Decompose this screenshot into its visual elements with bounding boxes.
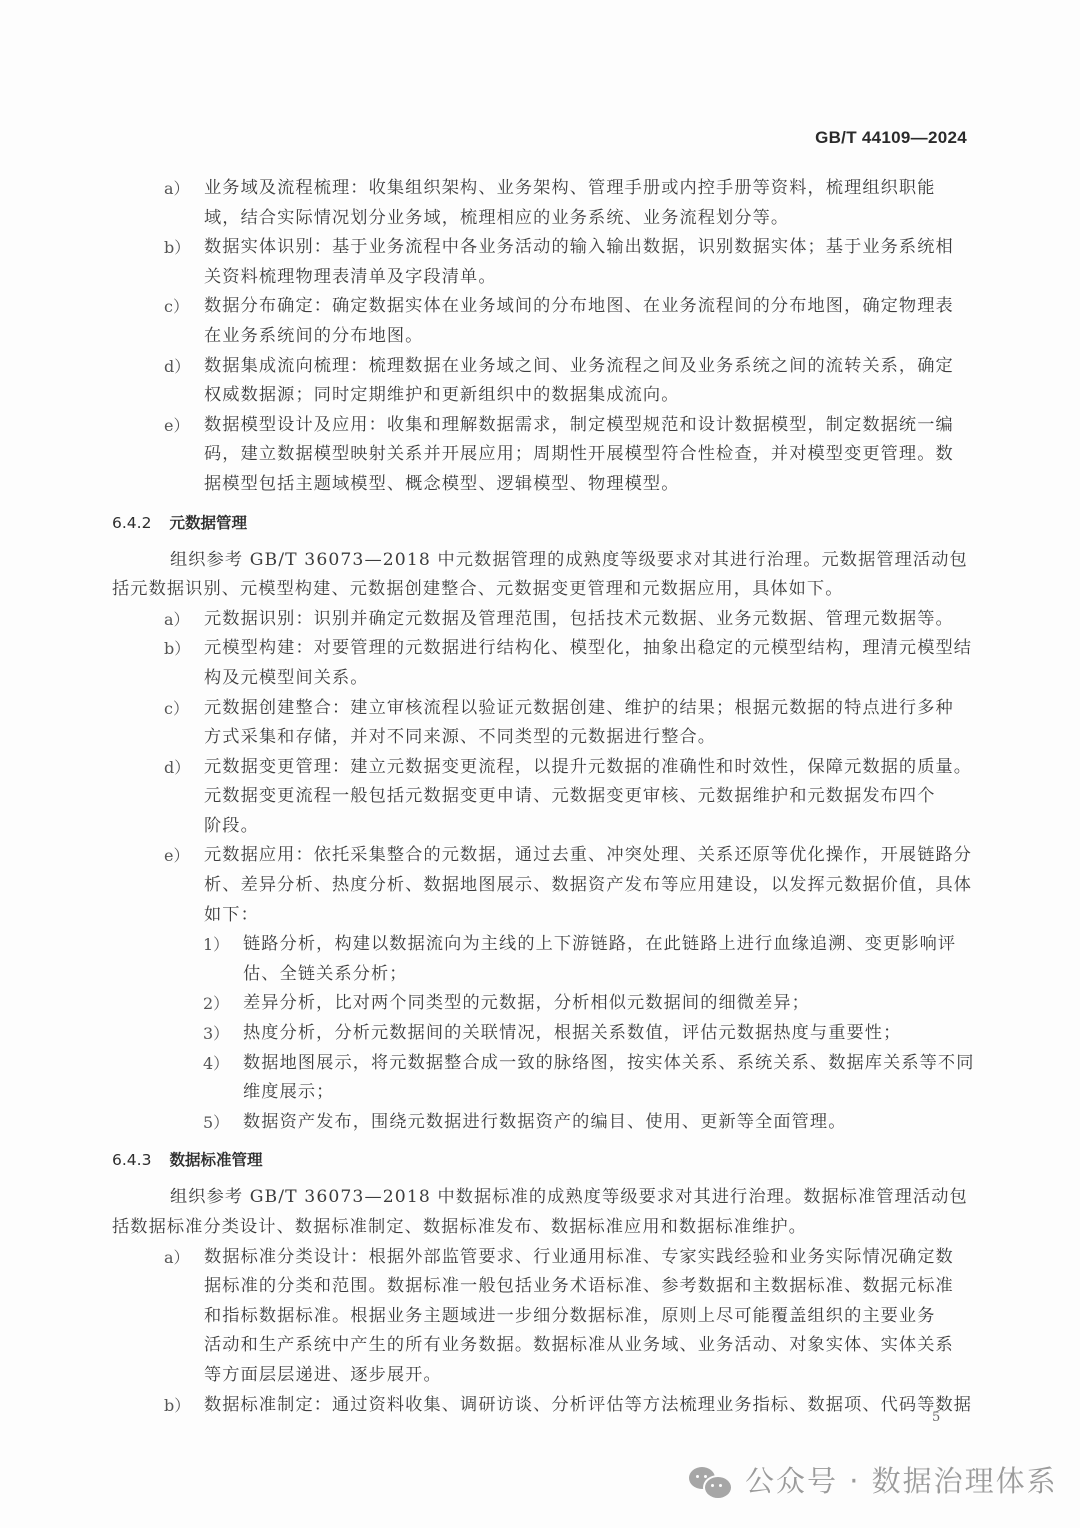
list-item: a） 数据标准分类设计：根据外部监管要求、行业通用标准、专家实践经验和业务实际情… (112, 1243, 970, 1391)
list-text: 析、差异分析、热度分析、数据地图展示、数据资产发布等应用建设，以发挥元数据价值，… (204, 871, 970, 901)
list-text: 业务域及流程梳理：收集组织架构、业务架构、管理手册或内控手册等资料，梳理组织职能 (204, 174, 970, 204)
paragraph: 组织参考 GB/T 36073—2018 中元数据管理的成熟度等级要求对其进行治… (112, 546, 970, 605)
list-marker: d） (164, 352, 190, 382)
list-marker: a） (164, 1243, 190, 1273)
list-text: 维度展示； (243, 1078, 970, 1108)
list-text: 等方面层层递进、逐步展开。 (204, 1361, 970, 1391)
list-marker: a） (164, 605, 190, 635)
list-text: 元数据变更流程一般包括元数据变更申请、元数据变更审核、元数据维护和元数据发布四个 (204, 782, 970, 812)
watermark-text: 公众号 · 数据治理体系 (745, 1459, 1058, 1500)
section-number: 6.4.3 (112, 1151, 151, 1169)
sub-list-item: 5） 数据资产发布，围绕元数据进行数据资产的编目、使用、更新等全面管理。 (112, 1108, 970, 1138)
list-text: 关资料梳理物理表清单及字段清单。 (204, 263, 970, 293)
watermark: 公众号 · 数据治理体系 (689, 1459, 1058, 1500)
list-text: 数据模型设计及应用：收集和理解数据需求，制定模型规范和设计数据模型，制定数据统一… (204, 411, 970, 441)
list-text: 构及元模型间关系。 (204, 664, 970, 694)
list-marker: e） (164, 841, 189, 871)
list-text: 元数据变更管理：建立元数据变更流程，以提升元数据的准确性和时效性，保障元数据的质… (204, 753, 970, 783)
list-marker: e） (164, 411, 189, 441)
wechat-icon (689, 1465, 733, 1495)
list-text: 域，结合实际情况划分业务域，梳理相应的业务系统、业务流程划分等。 (204, 204, 970, 234)
list-item: d） 元数据变更管理：建立元数据变更流程，以提升元数据的准确性和时效性，保障元数… (112, 753, 970, 842)
section-title: 元数据管理 (169, 514, 247, 532)
list-text: 数据实体识别：基于业务流程中各业务活动的输入输出数据，识别数据实体；基于业务系统… (204, 233, 970, 263)
list-item: b） 数据实体识别：基于业务流程中各业务活动的输入输出数据，识别数据实体；基于业… (112, 233, 970, 292)
list-text: 差异分析，比对两个同类型的元数据，分析相似元数据间的细微差异； (243, 989, 970, 1019)
section-number: 6.4.2 (112, 514, 151, 532)
section-title: 数据标准管理 (169, 1151, 262, 1169)
list-item: b） 数据标准制定：通过资料收集、调研访谈、分析评估等方法梳理业务指标、数据项、… (112, 1391, 970, 1421)
list-text: 方式采集和存储，并对不同来源、不同类型的元数据进行整合。 (204, 723, 970, 753)
list-marker: 1） (203, 930, 229, 960)
list-text: 如下： (204, 901, 970, 931)
list-marker: a） (164, 174, 190, 204)
paragraph: 组织参考 GB/T 36073—2018 中数据标准的成熟度等级要求对其进行治理… (112, 1183, 970, 1242)
sub-list-item: 3） 热度分析，分析元数据间的关联情况，根据关系数值，评估元数据热度与重要性； (112, 1019, 970, 1049)
list-text: 数据资产发布，围绕元数据进行数据资产的编目、使用、更新等全面管理。 (243, 1108, 970, 1138)
list-text: 元数据识别：识别并确定元数据及管理范围，包括技术元数据、业务元数据、管理元数据等… (204, 605, 970, 635)
list-text: 数据集成流向梳理：梳理数据在业务域之间、业务流程之间及业务系统之间的流转关系，确… (204, 352, 970, 382)
list-marker: d） (164, 753, 190, 783)
list-text: 和指标数据标准。根据业务主题域进一步细分数据标准，原则上尽可能覆盖组织的主要业务 (204, 1302, 970, 1332)
list-text: 数据标准分类设计：根据外部监管要求、行业通用标准、专家实践经验和业务实际情况确定… (204, 1243, 970, 1273)
list-marker: c） (164, 292, 189, 322)
section-heading-643: 6.4.3数据标准管理 (112, 1145, 970, 1175)
list-text: 链路分析，构建以数据流向为主线的上下游链路，在此链路上进行血缘追溯、变更影响评 (243, 930, 970, 960)
paragraph-line: 括数据标准分类设计、数据标准制定、数据标准发布、数据标准应用和数据标准维护。 (112, 1213, 970, 1243)
list-text: 元数据创建整合：建立审核流程以验证元数据创建、维护的结果；根据元数据的特点进行多… (204, 694, 970, 724)
list-item: e） 数据模型设计及应用：收集和理解数据需求，制定模型规范和设计数据模型，制定数… (112, 411, 970, 500)
list-text: 数据分布确定：确定数据实体在业务域间的分布地图、在业务流程间的分布地图，确定物理… (204, 292, 970, 322)
list-marker: 2） (203, 989, 229, 1019)
paragraph-line: 组织参考 GB/T 36073—2018 中元数据管理的成熟度等级要求对其进行治… (170, 550, 968, 570)
list-marker: 3） (203, 1019, 229, 1049)
document-page: GB/T 44109—2024 a） 业务域及流程梳理：收集组织架构、业务架构、… (0, 0, 1080, 1528)
list-text: 在业务系统间的分布地图。 (204, 322, 970, 352)
list-item: d） 数据集成流向梳理：梳理数据在业务域之间、业务流程之间及业务系统之间的流转关… (112, 352, 970, 411)
list-text: 码，建立数据模型映射关系并开展应用；周期性开展模型符合性检查，并对模型变更管理。… (204, 440, 970, 470)
list-marker: b） (164, 233, 190, 263)
list-marker: c） (164, 694, 189, 724)
list-item: c） 数据分布确定：确定数据实体在业务域间的分布地图、在业务流程间的分布地图，确… (112, 292, 970, 351)
list-text: 元数据应用：依托采集整合的元数据，通过去重、冲突处理、关系还原等优化操作，开展链… (204, 841, 970, 871)
paragraph-line: 组织参考 GB/T 36073—2018 中数据标准的成熟度等级要求对其进行治理… (170, 1187, 968, 1207)
list-marker: 4） (203, 1049, 229, 1079)
list-item: e） 元数据应用：依托采集整合的元数据，通过去重、冲突处理、关系还原等优化操作，… (112, 841, 970, 930)
list-item: a） 业务域及流程梳理：收集组织架构、业务架构、管理手册或内控手册等资料，梳理组… (112, 174, 970, 233)
list-item: c） 元数据创建整合：建立审核流程以验证元数据创建、维护的结果；根据元数据的特点… (112, 694, 970, 753)
list-text: 数据地图展示，将元数据整合成一致的脉络图，按实体关系、系统关系、数据库关系等不同 (243, 1049, 970, 1079)
page-content: a） 业务域及流程梳理：收集组织架构、业务架构、管理手册或内控手册等资料，梳理组… (112, 174, 970, 1420)
list-item: a） 元数据识别：识别并确定元数据及管理范围，包括技术元数据、业务元数据、管理元… (112, 605, 970, 635)
list-text: 元模型构建：对要管理的元数据进行结构化、模型化，抽象出稳定的元模型结构，理清元模… (204, 634, 970, 664)
list-text: 估、全链关系分析； (243, 960, 970, 990)
sub-list-item: 4） 数据地图展示，将元数据整合成一致的脉络图，按实体关系、系统关系、数据库关系… (112, 1049, 970, 1108)
standard-code: GB/T 44109—2024 (815, 128, 967, 148)
sub-list-item: 1） 链路分析，构建以数据流向为主线的上下游链路，在此链路上进行血缘追溯、变更影… (112, 930, 970, 989)
list-item: b） 元模型构建：对要管理的元数据进行结构化、模型化，抽象出稳定的元模型结构，理… (112, 634, 970, 693)
sub-list-item: 2） 差异分析，比对两个同类型的元数据，分析相似元数据间的细微差异； (112, 989, 970, 1019)
list-text: 阶段。 (204, 812, 970, 842)
list-text: 活动和生产系统中产生的所有业务数据。数据标准从业务域、业务活动、对象实体、实体关… (204, 1331, 970, 1361)
list-marker: b） (164, 634, 190, 664)
list-text: 热度分析，分析元数据间的关联情况，根据关系数值，评估元数据热度与重要性； (243, 1019, 970, 1049)
list-text: 据标准的分类和范围。数据标准一般包括业务术语标准、参考数据和主数据标准、数据元标… (204, 1272, 970, 1302)
list-text: 数据标准制定：通过资料收集、调研访谈、分析评估等方法梳理业务指标、数据项、代码等… (204, 1391, 970, 1421)
list-marker: b） (164, 1391, 190, 1421)
list-marker: 5） (203, 1108, 229, 1138)
paragraph-line: 括元数据识别、元模型构建、元数据创建整合、元数据变更管理和元数据应用，具体如下。 (112, 575, 970, 605)
page-number: 5 (932, 1410, 940, 1425)
section-heading-642: 6.4.2元数据管理 (112, 508, 970, 538)
list-text: 权威数据源；同时定期维护和更新组织中的数据集成流向。 (204, 381, 970, 411)
list-text: 据模型包括主题域模型、概念模型、逻辑模型、物理模型。 (204, 470, 970, 500)
